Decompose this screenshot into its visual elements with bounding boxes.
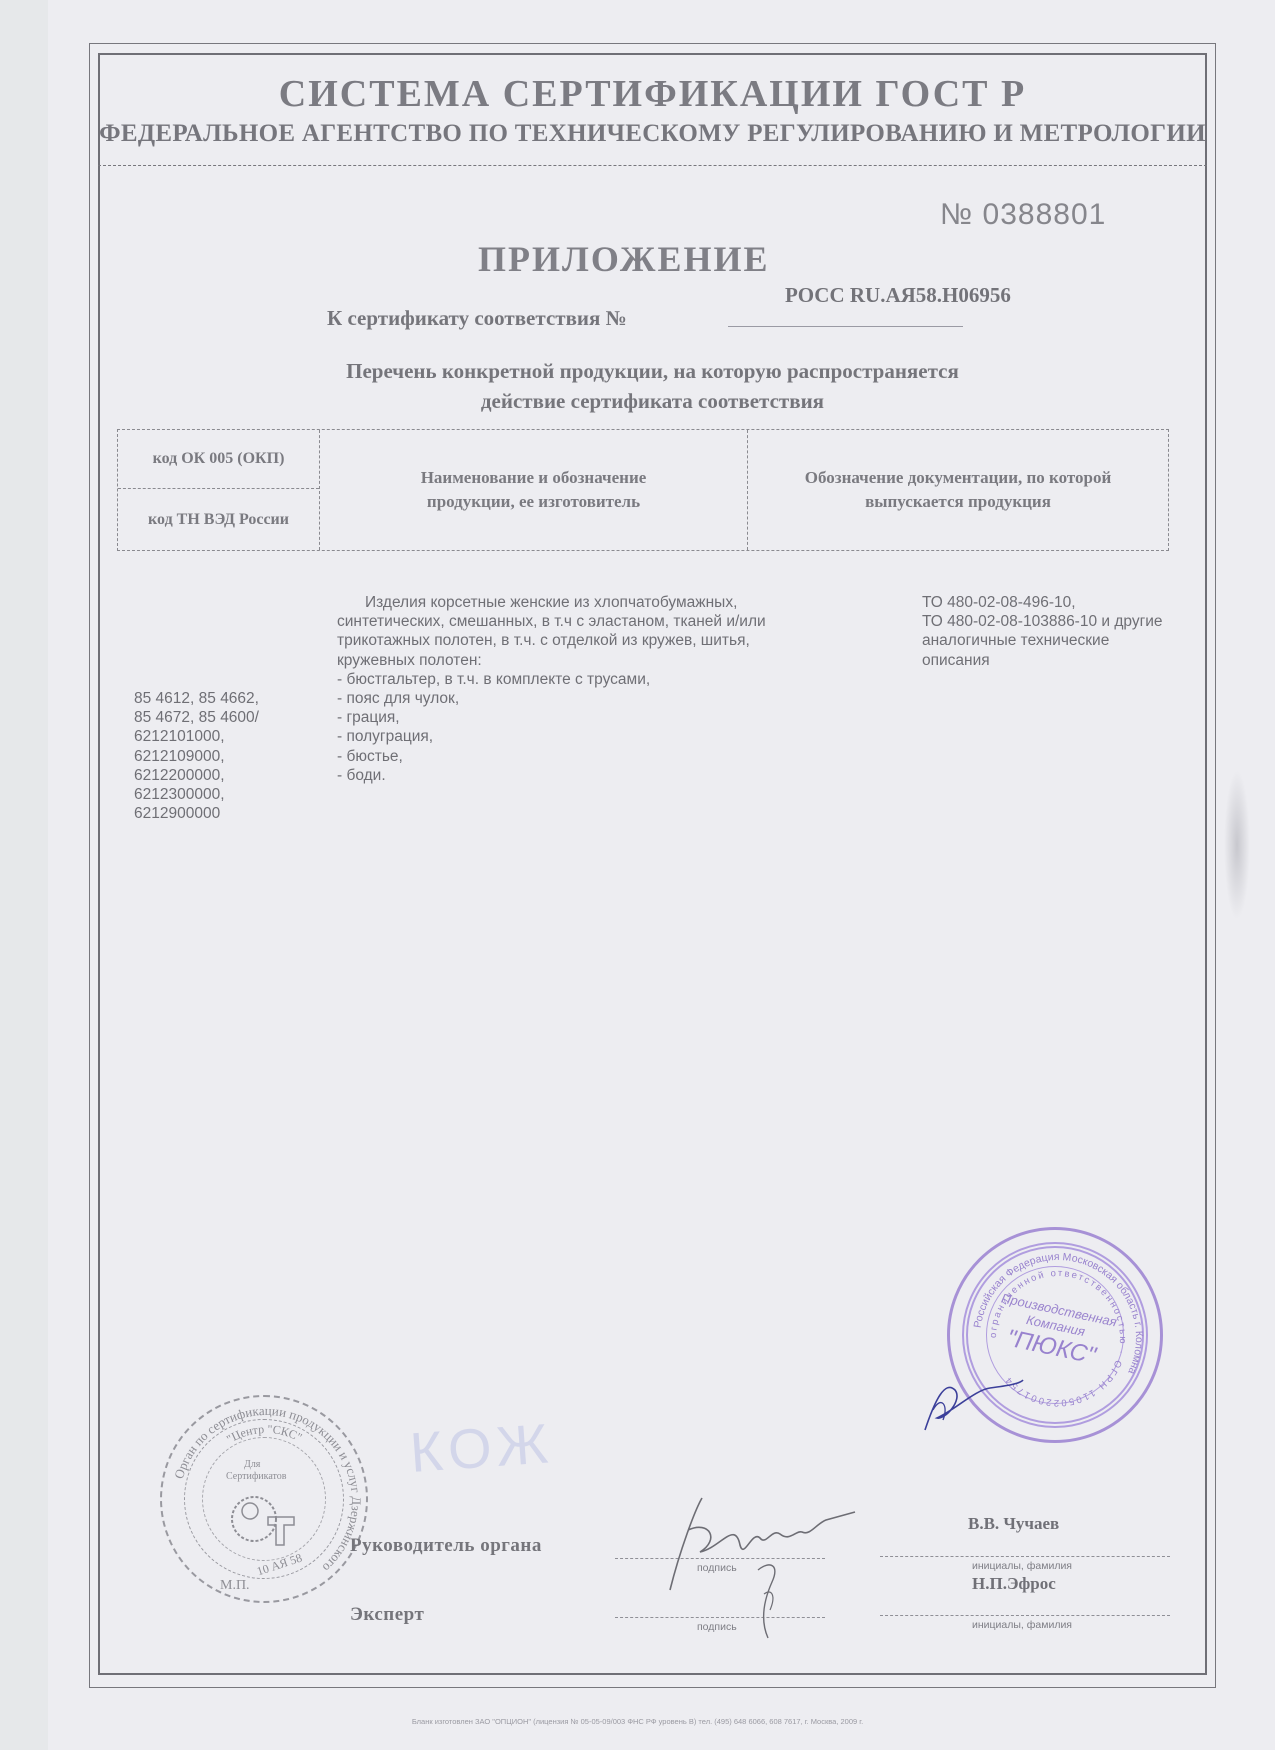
faded-stamp-imprint: КОЖ — [408, 1410, 556, 1485]
table-header: код ОК 005 (ОКП) код ТН ВЭД России Наиме… — [117, 429, 1169, 551]
column-header-product-name-text: Наименование и обозначение продукции, ее… — [389, 466, 679, 514]
product-codes: 85 4612, 85 4662, 85 4672, 85 4600/ 6212… — [134, 689, 259, 823]
product-description: Изделия корсетные женские из хлопчатобум… — [337, 593, 897, 785]
expert-name-caption: инициалы, фамилия — [972, 1619, 1072, 1631]
product-code-line: 85 4672, 85 4600/ — [134, 708, 259, 727]
product-list-heading-line1: Перечень конкретной продукции, на котору… — [98, 356, 1207, 386]
handwritten-signature-icon — [640, 1490, 870, 1640]
svg-text:М.П.: М.П. — [220, 1578, 250, 1593]
product-list-heading-line2: действие сертификата соответствия — [98, 386, 1207, 416]
product-item: - полуграция, — [337, 727, 897, 746]
product-code-line: 6212109000, — [134, 747, 259, 766]
column-header-okp-code: код ОК 005 (ОКП) — [118, 430, 319, 489]
certification-system-title: СИСТЕМА СЕРТИФИКАЦИИ ГОСТ Р — [98, 72, 1207, 116]
scan-smudge — [1224, 770, 1250, 920]
head-of-body-label: Руководитель органа — [350, 1535, 542, 1557]
header-divider — [98, 165, 1207, 166]
product-code-line: 6212300000, — [134, 785, 259, 804]
svg-text:Для: Для — [244, 1459, 261, 1470]
product-item: - пояс для чулок, — [337, 689, 897, 708]
product-code-line: 6212200000, — [134, 766, 259, 785]
description-line: Изделия корсетные женские из хлопчатобум… — [337, 593, 897, 612]
documentation-line: ТО 480-02-08-496-10, — [922, 593, 1222, 612]
product-code-line: 6212900000 — [134, 804, 259, 823]
blank-printer-info: Бланк изготовлен ЗАО "ОПЦИОН" (лицензия … — [0, 1717, 1275, 1726]
description-line: трикотажных полотен, в т.ч. с отделкой и… — [337, 631, 897, 650]
product-item: - боди. — [337, 766, 897, 785]
documentation-line: описания — [922, 651, 1222, 670]
documentation-line: аналогичные технические — [922, 631, 1222, 650]
product-documentation: ТО 480-02-08-496-10, ТО 480-02-08-103886… — [922, 593, 1222, 670]
company-signature-icon — [915, 1360, 1025, 1440]
description-line: синтетических, смешанных, в т.ч с эласта… — [337, 612, 897, 631]
certificate-number: РОСС RU.АЯ58.Н06956 — [785, 283, 1011, 308]
product-code-line: 85 4612, 85 4662, — [134, 689, 259, 708]
product-item: - бюстгальтер, в т.ч. в комплекте с трус… — [337, 670, 897, 689]
scan-page-edge — [0, 0, 48, 1750]
expert-name-line — [880, 1615, 1170, 1616]
head-of-body-name: В.В. Чучаев — [968, 1514, 1059, 1534]
appendix-title: ПРИЛОЖЕНИЕ — [478, 238, 770, 280]
certificate-number-underline — [728, 326, 963, 327]
documentation-line: ТО 480-02-08-103886-10 и другие — [922, 612, 1222, 631]
svg-text:"Центр "СКС": "Центр "СКС" — [224, 1422, 305, 1446]
product-code-line: 6212101000, — [134, 727, 259, 746]
blank-serial-number: № 0388801 — [940, 198, 1106, 232]
rost-logo-icon — [224, 1481, 300, 1557]
description-line: кружевных полотен: — [337, 651, 897, 670]
expert-label: Эксперт — [350, 1604, 424, 1626]
column-header-documentation-text: Обозначение документации, по которой вып… — [788, 466, 1128, 514]
product-item: - грация, — [337, 708, 897, 727]
expert-name: Н.П.Эфрос — [972, 1574, 1056, 1594]
column-header-documentation: Обозначение документации, по которой вып… — [748, 430, 1168, 550]
certificate-label: К сертификату соответствия № — [327, 306, 627, 331]
column-header-tnved-code: код ТН ВЭД России — [118, 489, 319, 550]
certification-body-stamp: Орган по сертификации продукции и услуг … — [160, 1395, 368, 1603]
head-name-line — [880, 1556, 1170, 1557]
product-list-heading: Перечень конкретной продукции, на котору… — [98, 356, 1207, 416]
column-header-product-name: Наименование и обозначение продукции, ее… — [320, 430, 748, 550]
head-name-caption: инициалы, фамилия — [972, 1560, 1072, 1572]
agency-title: ФЕДЕРАЛЬНОЕ АГЕНТСТВО ПО ТЕХНИЧЕСКОМУ РЕ… — [98, 120, 1207, 148]
product-item: - бюстье, — [337, 747, 897, 766]
column-codes: код ОК 005 (ОКП) код ТН ВЭД России — [118, 430, 320, 550]
